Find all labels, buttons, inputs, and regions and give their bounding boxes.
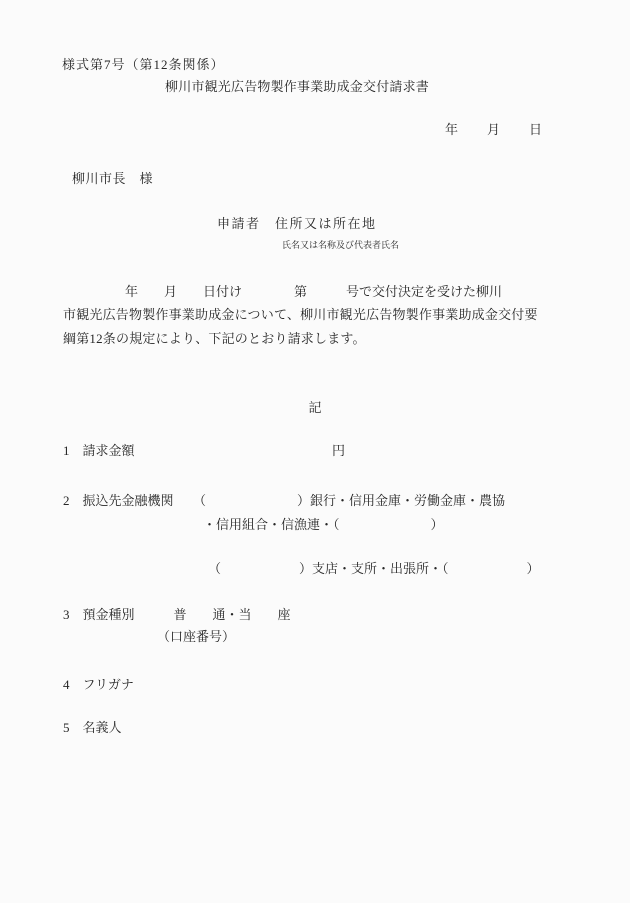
record-heading: 記	[0, 400, 630, 415]
item-5-holder-name: 5 名義人	[63, 720, 122, 735]
body-line-1: 年 月 日付け 第 号で交付決定を受けた柳川	[63, 284, 502, 299]
item-3-account-number-label: （口座番号）	[157, 629, 235, 644]
item-1-amount-label: 1 請求金額	[63, 443, 135, 458]
item-2-bank-line-2: ・信用組合・信漁連・（ ）	[203, 517, 444, 532]
body-line-2: 市観光広告物製作事業助成金について、柳川市観光広告物製作事業助成金交付要	[63, 307, 538, 322]
document-title: 柳川市観光広告物製作事業助成金交付請求書	[165, 79, 429, 94]
applicant-address-line: 申請者 住所又は所在地	[217, 216, 377, 231]
applicant-name-note: 氏名又は名称及び代表者氏名	[282, 238, 399, 253]
item-2-bank-line-1: 2 振込先金融機関 （ ）銀行・信用金庫・労働金庫・農協	[63, 493, 505, 508]
body-line-3: 綱第12条の規定により、下記のとおり請求します。	[63, 331, 366, 346]
date-line: 年 月 日	[445, 122, 543, 137]
item-1-amount-unit: 円	[332, 443, 345, 458]
item-3-account-type: 3 預金種別 普 通・当 座	[63, 607, 291, 622]
addressee-mayor: 柳川市長 様	[72, 171, 153, 186]
document-page: 様式第7号（第12条関係） 柳川市観光広告物製作事業助成金交付請求書 年 月 日…	[0, 0, 630, 903]
form-number: 様式第7号（第12条関係）	[62, 57, 225, 72]
item-4-furigana: 4 フリガナ	[63, 677, 134, 692]
item-2-branch-line: （ ）支店・支所・出張所・（ ）	[208, 561, 540, 576]
